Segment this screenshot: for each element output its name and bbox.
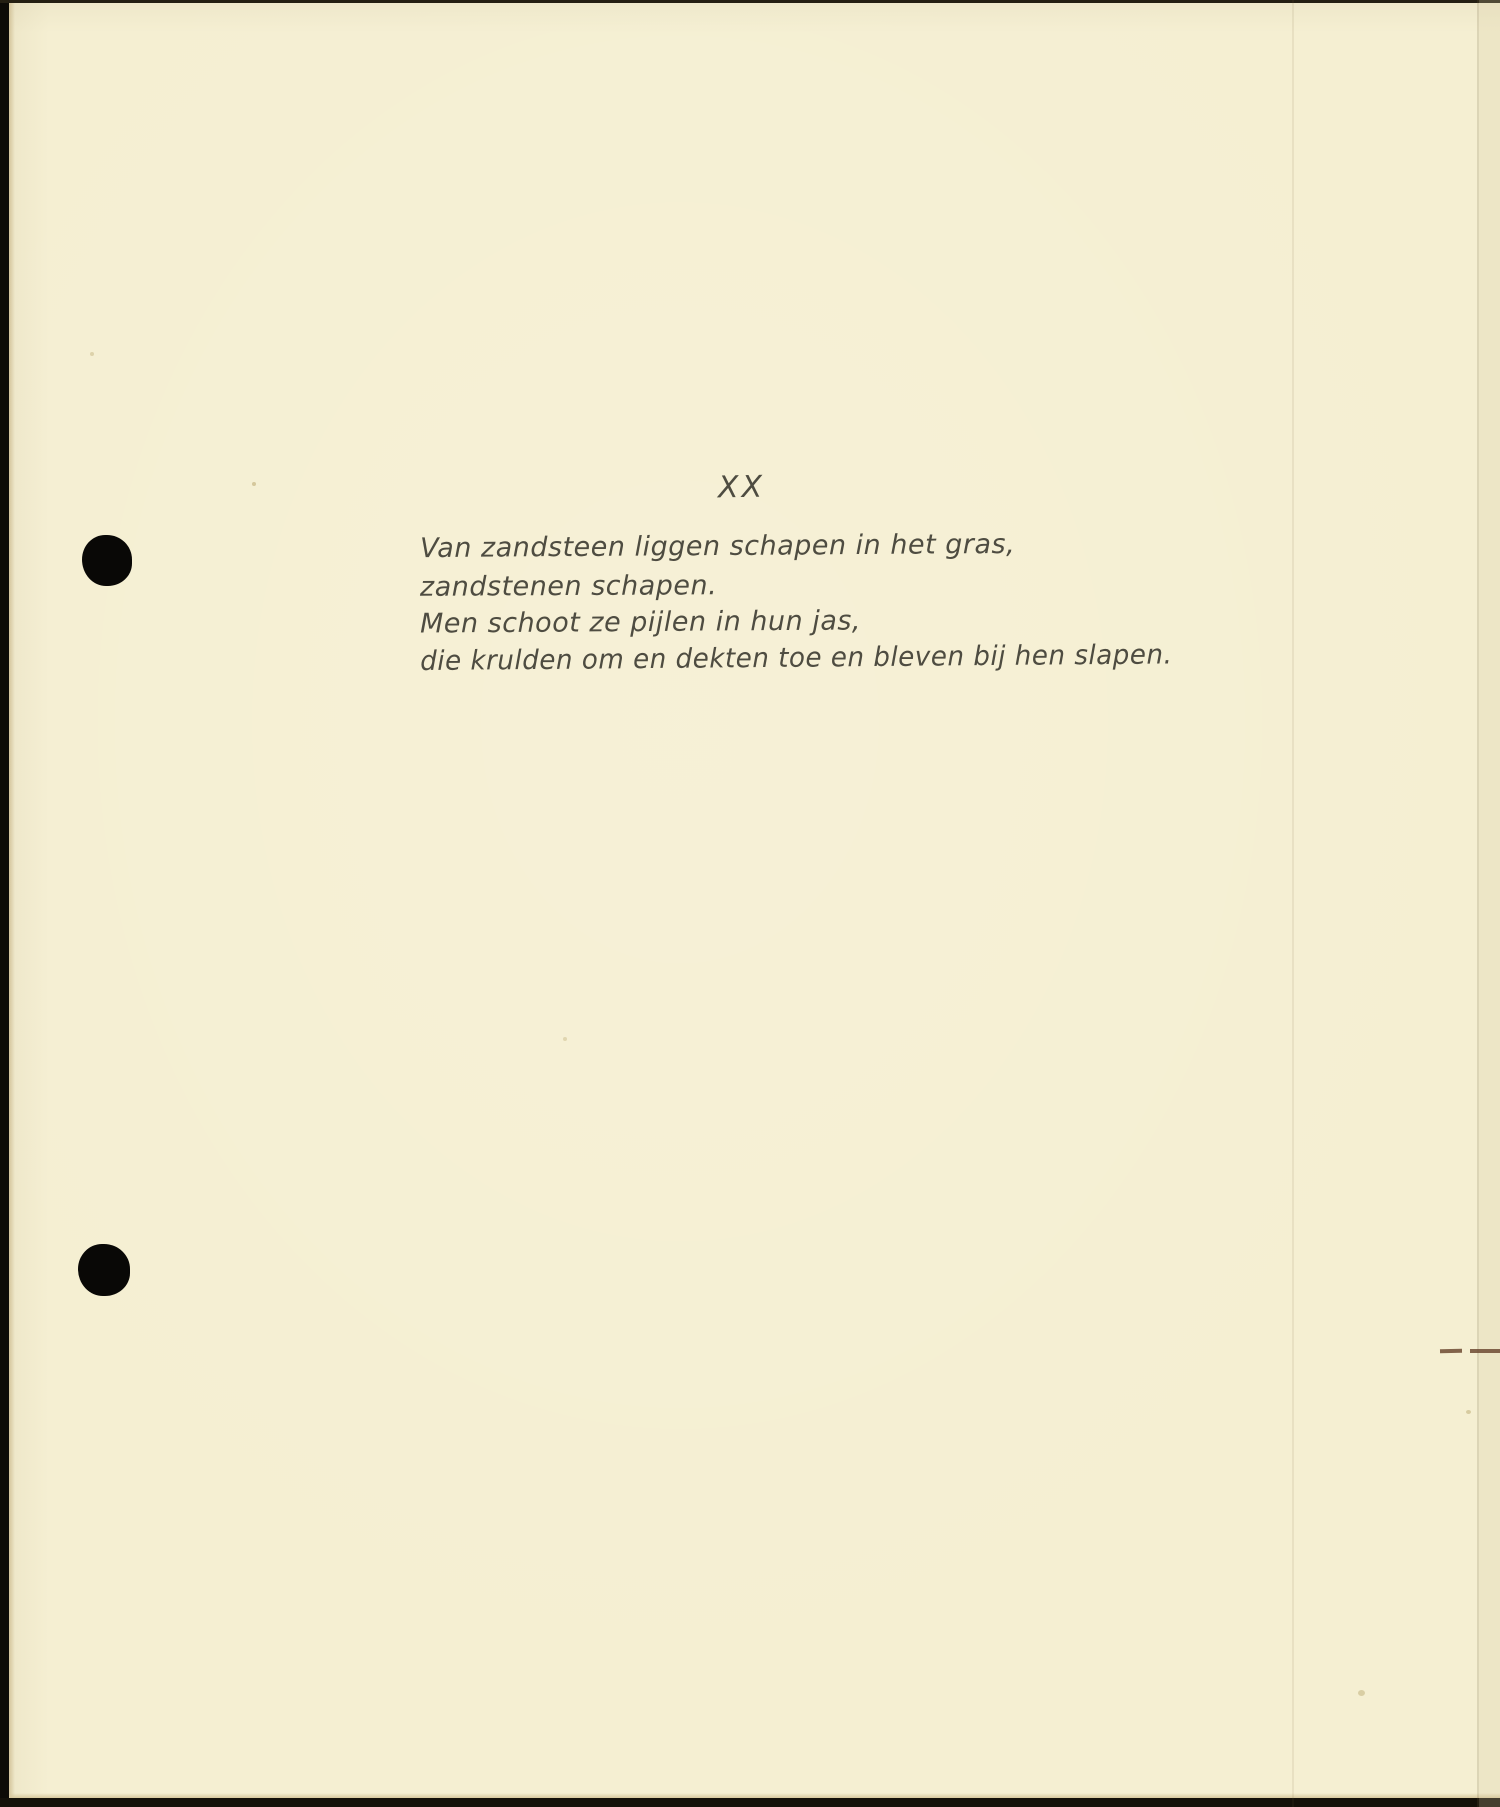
underlying-page-edge: [1477, 0, 1479, 1807]
paper-speck: [90, 352, 94, 356]
paper-speck: [1466, 1410, 1471, 1414]
punch-hole-top: [82, 535, 132, 586]
paper-speck: [1358, 1690, 1365, 1696]
left-paper-edge: [9, 0, 15, 1807]
punch-hole-bottom: [78, 1244, 130, 1296]
poem-line: Men schoot ze pijlen in hun jas,: [420, 605, 861, 639]
poem-line: die krulden om en dekten toe en bleven b…: [420, 639, 1172, 677]
poem-line: Van zandsteen liggen schapen in het gras…: [420, 529, 1015, 564]
top-scan-edge: [0, 0, 1500, 3]
right-edge-ink-mark: [1440, 1349, 1462, 1353]
underlying-page-band: [1479, 0, 1500, 1807]
poem-line: zandstenen schapen.: [420, 570, 717, 603]
right-edge-ink-mark: [1470, 1349, 1500, 1353]
scanned-page: XX Van zandsteen liggen schapen in het g…: [0, 0, 1500, 1807]
paper-speck: [252, 482, 256, 486]
paper-speck: [563, 1037, 567, 1041]
vertical-crease: [1292, 0, 1294, 1807]
bottom-scan-edge: [0, 1798, 1500, 1807]
poem-number-heading: XX: [718, 470, 766, 506]
paper-sheet: [9, 3, 1500, 1800]
